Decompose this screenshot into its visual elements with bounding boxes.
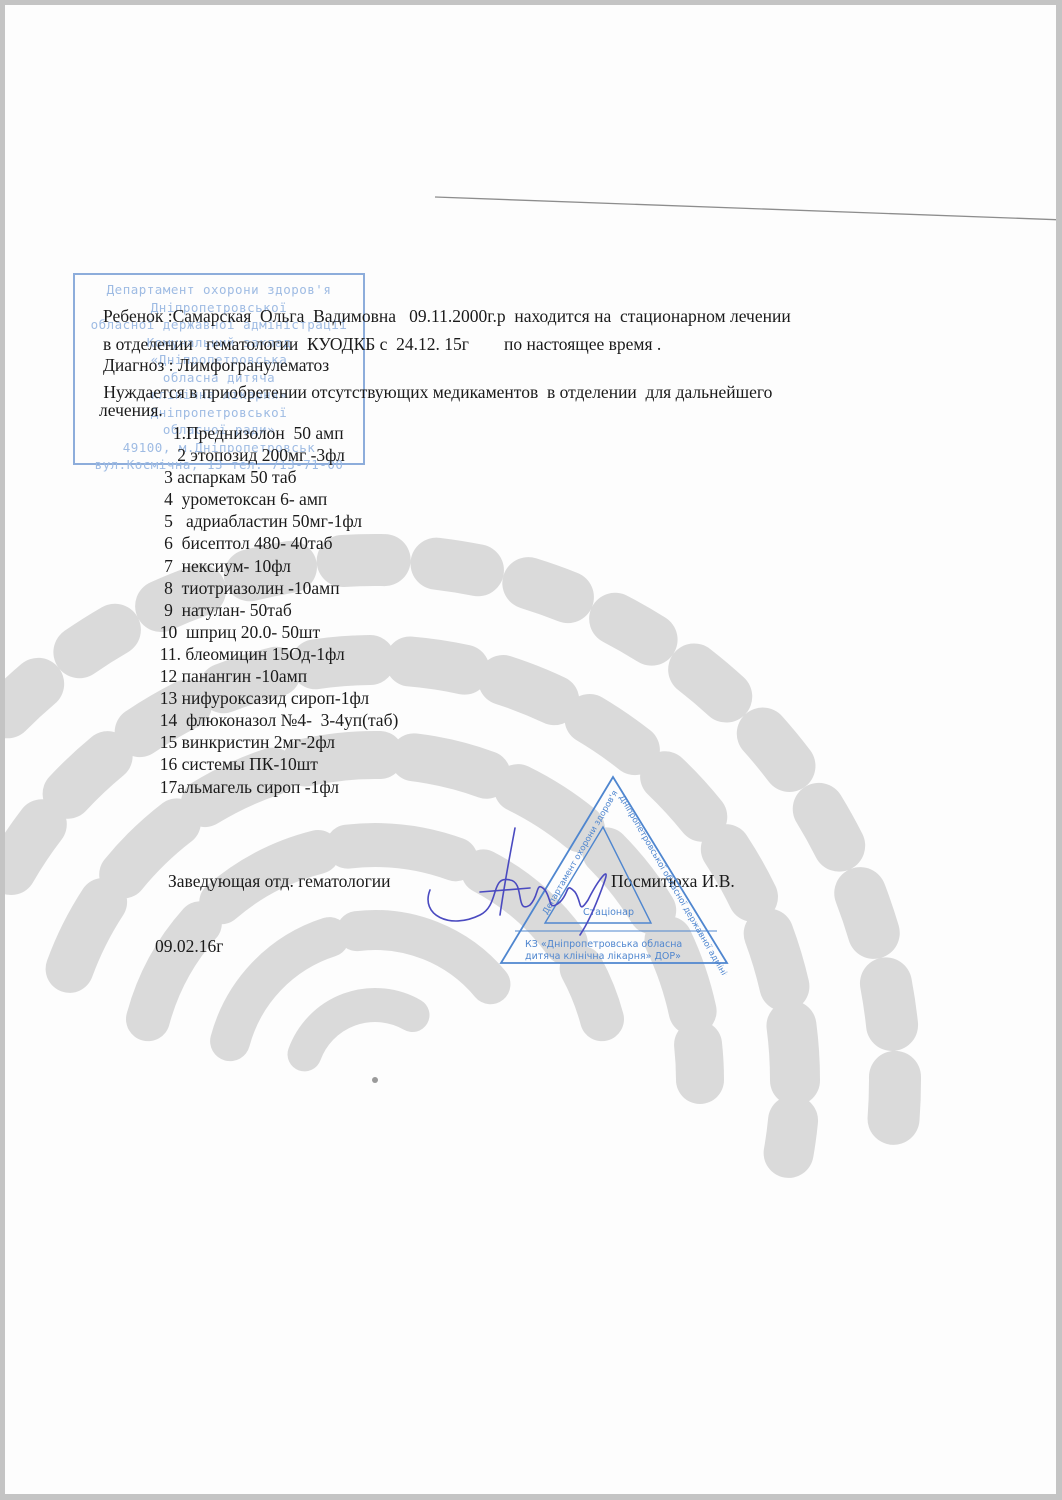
document-date: 09.02.16г	[155, 938, 223, 956]
diagnosis-line: Диагноз : Лимфогранулематоз	[103, 357, 329, 375]
department-info-line: в отделении гематологии КУОДКБ с 24.12. …	[103, 336, 661, 354]
medication-item: 15 винкристин 2мг-2фл	[151, 731, 398, 753]
scanned-document-page: Департамент охорони здоров'яДніпропетров…	[0, 0, 1062, 1500]
svg-text:КЗ «Дніпропетровська обласна: КЗ «Дніпропетровська обласна	[525, 939, 682, 950]
medication-item: 10 шприц 20.0- 50шт	[151, 621, 398, 643]
svg-text:дитяча клінічна лікарня» ДОР»: дитяча клінічна лікарня» ДОР»	[525, 951, 681, 962]
handwritten-signature	[420, 820, 620, 940]
patient-info-line: Ребенок :Самарская Ольга Вадимовна 09.11…	[103, 308, 791, 326]
medication-item: 9 натулан- 50таб	[151, 599, 398, 621]
medication-item: 17альмагель сироп -1фл	[151, 776, 398, 798]
medication-item: 12 панангин -10амп	[151, 665, 398, 687]
medication-item: 4 урометоксан 6- амп	[151, 488, 398, 510]
medication-item: 1.Преднизолон 50 амп	[151, 422, 398, 444]
medication-item: 13 нифуроксазид сироп-1фл	[151, 687, 398, 709]
medication-list: 1.Преднизолон 50 амп 2 этопозид 200мг -3…	[151, 422, 398, 798]
medication-item: 2 этопозид 200мг -3фл	[151, 444, 398, 466]
position-title: Заведующая отд. гематологии	[168, 873, 391, 891]
medication-item: 8 тиотриазолин -10амп	[151, 577, 398, 599]
medication-item: 11. блеомицин 15Од-1фл	[151, 643, 398, 665]
medication-item: 16 системы ПК-10шт	[151, 753, 398, 775]
medication-item: 3 аспаркам 50 таб	[151, 466, 398, 488]
medication-item: 7 нексиум- 10фл	[151, 555, 398, 577]
fold-line	[425, 190, 1062, 230]
medication-item: 14 флюконазол №4- 3-4уп(таб)	[151, 709, 398, 731]
stamp-line: Департамент охорони здоров'я	[75, 281, 363, 299]
needs-line: Нуждается в приобретении отсутствующих м…	[99, 384, 772, 402]
treatment-line: лечения.	[99, 402, 163, 420]
medication-item: 6 бисептол 480- 40таб	[151, 532, 398, 554]
medication-item: 5 адриабластин 50мг-1фл	[151, 510, 398, 532]
